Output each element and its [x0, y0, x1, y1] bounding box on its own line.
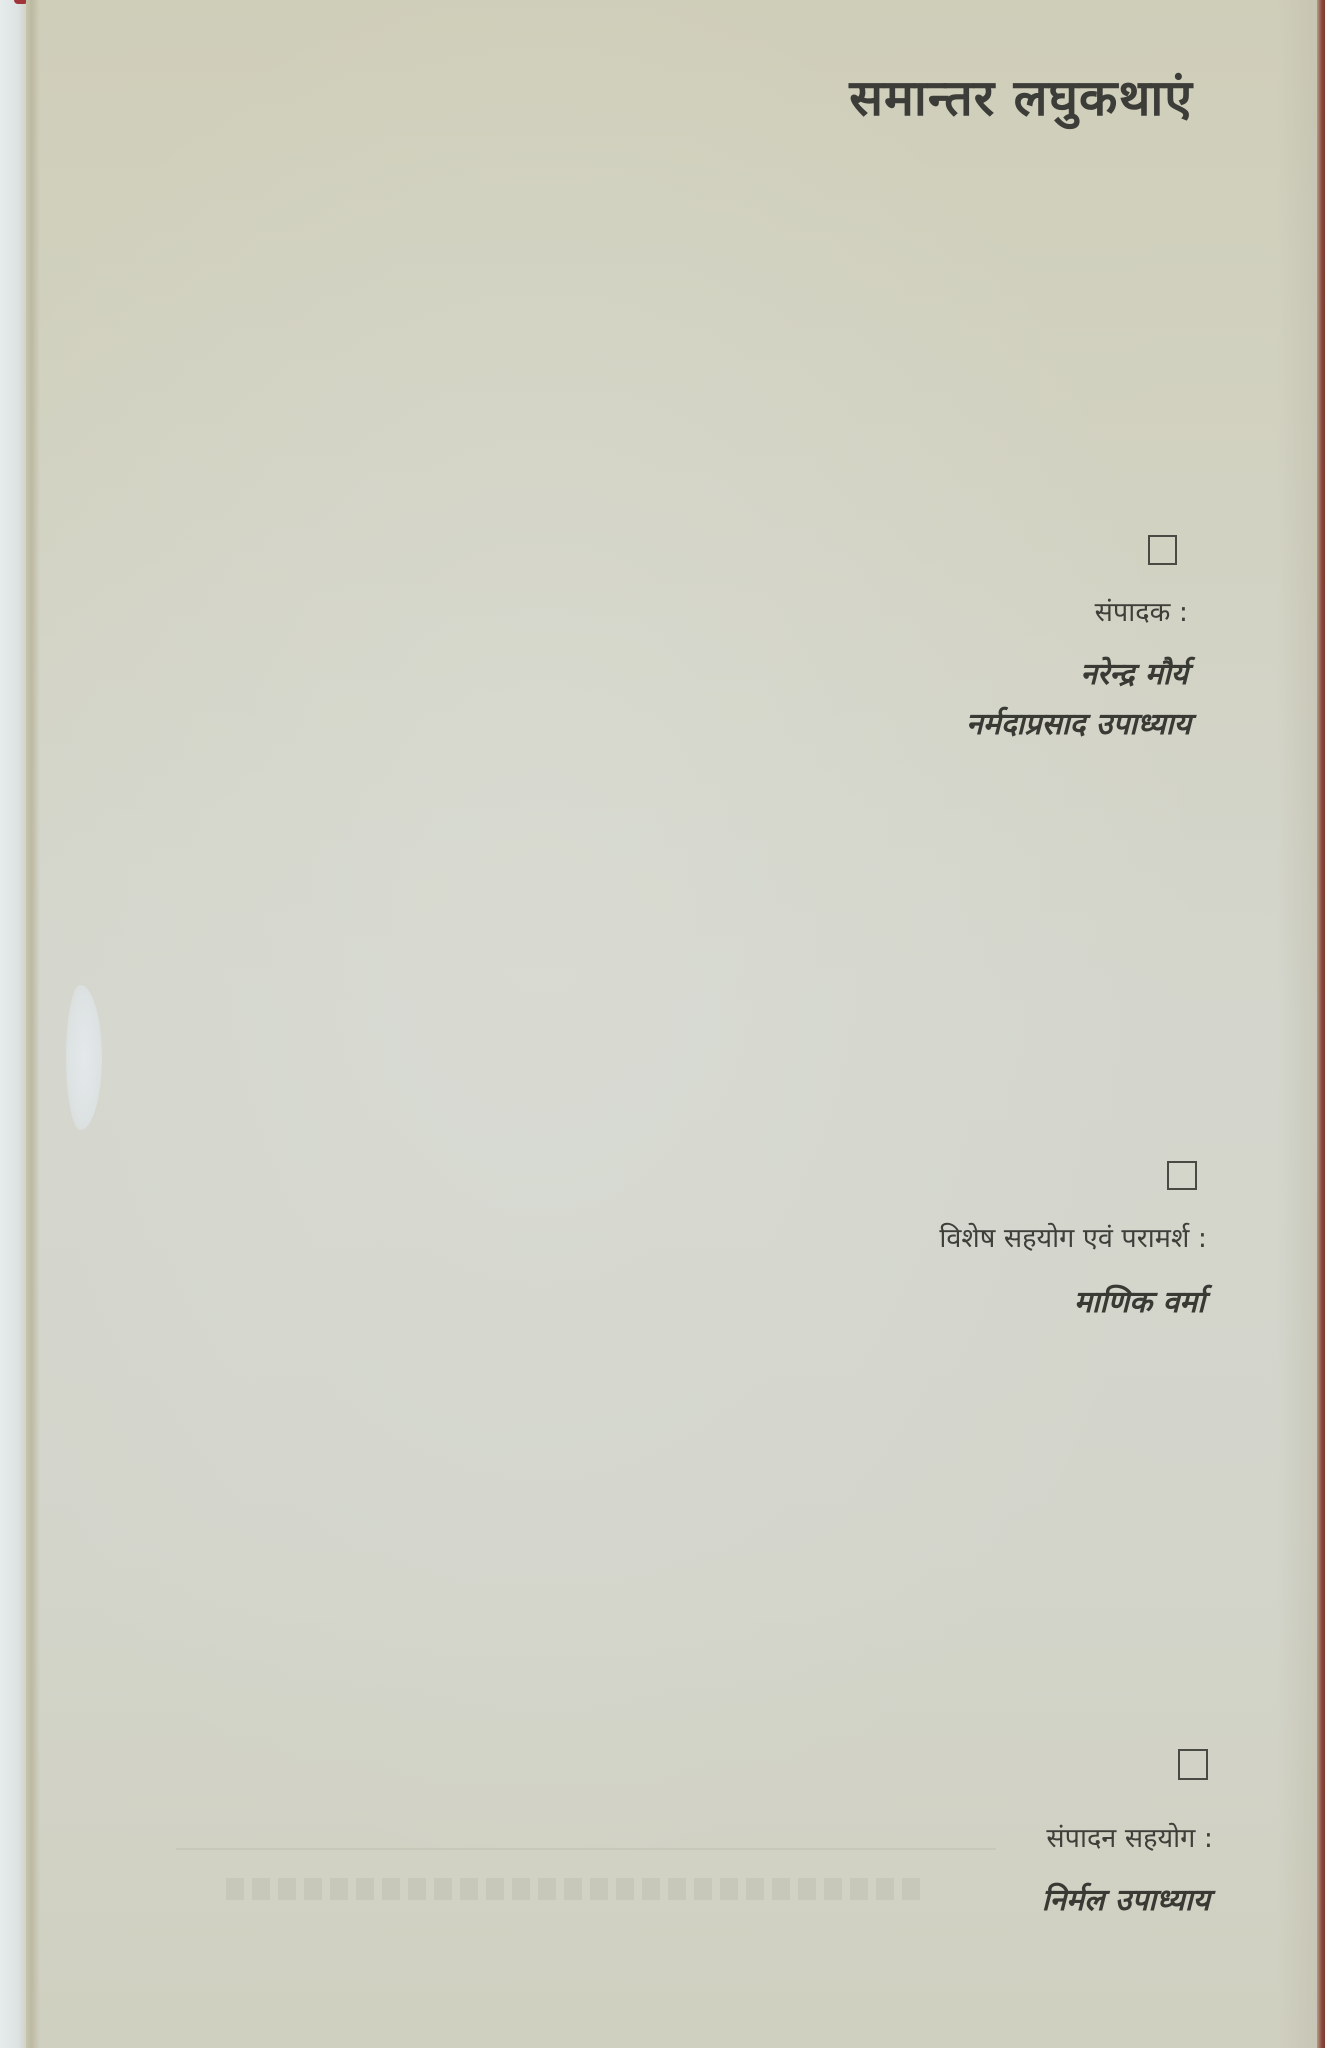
- advisor-name: माणिक वर्मा: [1074, 1280, 1205, 1321]
- scanner-bed-strip: [0, 0, 26, 2048]
- editor-name: नरेन्द्र मौर्य: [1080, 652, 1188, 693]
- bleed-through-bar: [226, 1878, 926, 1900]
- page-title: समान्तर लघुकथाएं: [849, 62, 1193, 130]
- special-cooperation-label: विशेष सहयोग एवं परामर्श :: [939, 1218, 1207, 1255]
- paper-tear: [66, 985, 102, 1130]
- editors-label: संपादक :: [1095, 592, 1188, 629]
- book-page: [26, 0, 1317, 2048]
- box-icon: [1178, 1749, 1208, 1780]
- scanned-page: समान्तर लघुकथाएं संपादक : नरेन्द्र मौर्य…: [0, 0, 1325, 2048]
- box-icon: [1167, 1161, 1197, 1190]
- cover-edge: [1317, 0, 1325, 2048]
- editing-cooperation-label: संपादन सहयोग :: [1046, 1818, 1213, 1855]
- bleed-through-text: [176, 1848, 996, 1920]
- editor-name: नर्मदाप्रसाद उपाध्याय: [966, 702, 1191, 743]
- editing-assistant-name: निर्मल उपाध्याय: [1042, 1878, 1210, 1919]
- box-icon: [1148, 535, 1177, 565]
